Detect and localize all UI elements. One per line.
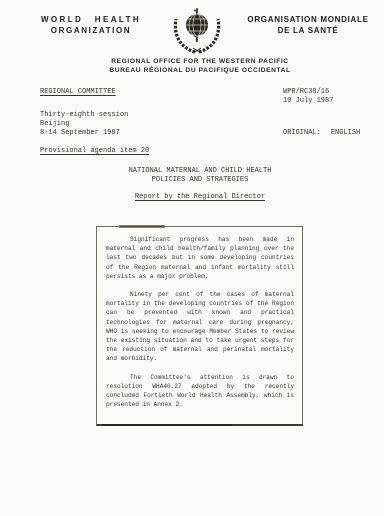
session-location: Beijing — [40, 120, 149, 129]
session-line: Thirty-eighth session — [40, 111, 149, 120]
title-line1: NATIONAL MATERNAL AND CHILD HEALTH — [15, 167, 384, 176]
summary-paragraph: Significant progress has been made in ma… — [106, 235, 294, 281]
document-date: 10 July 1987 — [283, 97, 360, 106]
original-label: ORIGINAL: — [283, 129, 321, 137]
regional-office-lines: REGIONAL OFFICE FOR THE WESTERN PACIFIC … — [16, 57, 384, 75]
original-language: ENGLISH — [331, 129, 360, 137]
scan-smudge-bottom — [102, 424, 232, 426]
org-name-english: WORLD HEALTH ORGANIZATION — [34, 14, 148, 36]
org-name-french-line1: ORGANISATION MONDIALE — [238, 14, 378, 25]
regional-office-french: BUREAU RÉGIONAL DU PACIFIQUE OCCIDENTAL — [16, 66, 384, 75]
regional-office-english: REGIONAL OFFICE FOR THE WESTERN PACIFIC — [16, 57, 384, 66]
document-number: WPR/RC38/16 — [283, 88, 360, 97]
session-dates: 8-14 September 1987 — [40, 129, 149, 138]
document-title-block: NATIONAL MATERNAL AND CHILD HEALTH POLIC… — [15, 167, 384, 202]
org-name-french-line2: DE LA SANTÉ — [238, 25, 378, 36]
org-name-english-line2: ORGANIZATION — [34, 25, 148, 36]
agenda-item: Provisional agenda item 20 — [40, 147, 149, 156]
summary-box: Significant progress has been made in ma… — [96, 226, 303, 426]
committee-name: REGIONAL COMMITTEE — [40, 88, 149, 97]
who-emblem-icon — [167, 6, 227, 54]
reference-left-block: REGIONAL COMMITTEE Thirty-eighth session… — [40, 88, 149, 156]
document-page: WORLD HEALTH ORGANIZATION ORGANISATION M… — [0, 0, 384, 516]
title-subtitle: Report by the Regional Director — [135, 193, 265, 202]
title-line2: POLICIES AND STRATEGIES — [15, 176, 384, 185]
summary-paragraph: Ninety per cent of the cases of maternal… — [106, 290, 294, 364]
scan-smudge-top — [119, 225, 165, 228]
original-language-line: ORIGINAL:ENGLISH — [283, 129, 360, 138]
org-name-english-line1: WORLD HEALTH — [34, 14, 148, 25]
summary-paragraph: The Committee's attention is drawn to re… — [106, 373, 294, 410]
org-name-french: ORGANISATION MONDIALE DE LA SANTÉ — [238, 14, 378, 36]
reference-right-block: WPR/RC38/16 10 July 1987 ORIGINAL:ENGLIS… — [283, 88, 360, 138]
